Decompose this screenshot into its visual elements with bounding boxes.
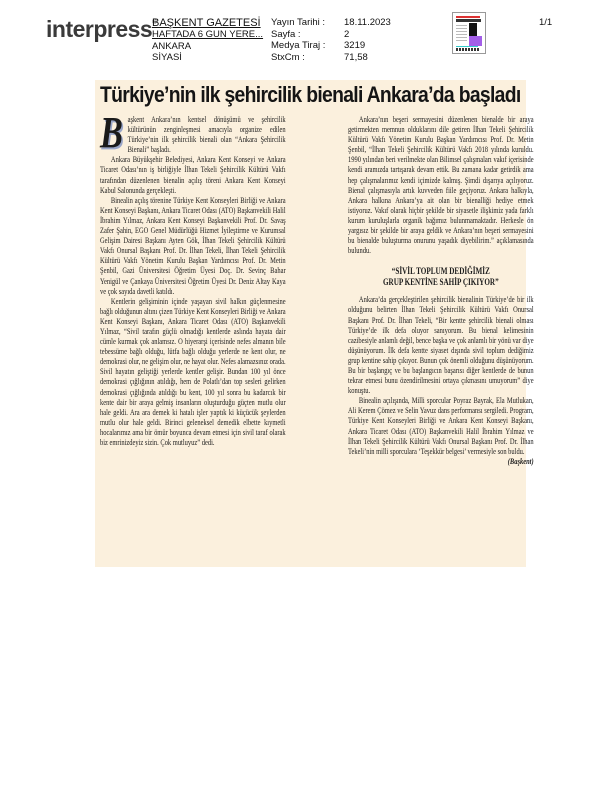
article-column-left: Başkent Ankara’nın kentsel dönüşümü ve ş…: [100, 115, 286, 448]
meta-label: Yayın Tarihi :: [271, 17, 344, 29]
logo-text: interpress: [46, 16, 152, 42]
meta-label: Medya Tiraj :: [271, 40, 344, 52]
meta-row-date: Yayın Tarihi :18.11.2023: [271, 17, 424, 29]
subheading-line: “SİVİL TOPLUM DEDİĞİMİZ: [348, 266, 534, 277]
meta-value: 18.11.2023: [344, 17, 424, 29]
page-indicator: 1/1: [539, 17, 552, 28]
paragraph: Binealin açılışında, Milli sporcular Poy…: [348, 396, 534, 457]
dropcap: B: [100, 116, 123, 150]
paragraph-text: aşkent Ankara’nın kentsel dönüşümü ve şe…: [128, 115, 286, 154]
meta-label: Sayfa :: [271, 29, 344, 41]
thumb-rule: [456, 46, 478, 47]
article-credit: (Başkent): [497, 457, 534, 467]
paragraph-text: Binealin açılışında, Milli sporcular Poy…: [348, 396, 534, 455]
publication-category: SİYASİ: [152, 52, 263, 64]
thumb-headline: [456, 19, 481, 22]
paragraph: Ankara’nın beşeri sermayesini düzenlenen…: [348, 115, 534, 256]
paragraph: Ankara’da gerçekleştirilen şehircilik bi…: [348, 295, 534, 396]
meta-row-page: Sayfa :2: [271, 29, 424, 41]
meta-value: 3219: [344, 40, 424, 52]
thumb-clip-highlight: [469, 36, 482, 46]
publication-meta: Yayın Tarihi :18.11.2023 Sayfa :2 Medya …: [271, 17, 424, 63]
publication-name: BAŞKENT GAZETESİ: [152, 17, 263, 29]
interpress-logo: interpress®: [46, 16, 156, 43]
thumb-masthead: [456, 16, 480, 18]
article-headline: Türkiye’nin ilk şehircilik bienali Ankar…: [100, 81, 470, 109]
thumb-text: [456, 25, 467, 43]
meta-row-circulation: Medya Tiraj :3219: [271, 40, 424, 52]
publication-frequency: HAFTADA 6 GUN YERE...: [152, 29, 263, 41]
page-thumbnail[interactable]: [452, 12, 486, 54]
meta-value: 71,58: [344, 52, 424, 64]
meta-label: StxCm :: [271, 52, 344, 64]
meta-value: 2: [344, 29, 424, 41]
subheading-line: GRUP KENTİNE SAHİP ÇIKIYOR”: [348, 277, 534, 288]
paragraph: Başkent Ankara’nın kentsel dönüşümü ve ş…: [100, 115, 286, 155]
article-column-right: Ankara’nın beşeri sermayesini düzenlenen…: [348, 115, 534, 467]
paragraph: Binealin açılış törenine Türkiye Kent Ko…: [100, 196, 286, 297]
publication-info: BAŞKENT GAZETESİ HAFTADA 6 GUN YERE... A…: [152, 17, 263, 64]
thumb-footer: [456, 48, 480, 51]
paragraph: Ankara Büyükşehir Belediyesi, Ankara Ken…: [100, 155, 286, 195]
article-subheading: “SİVİL TOPLUM DEDİĞİMİZ GRUP KENTİNE SAH…: [348, 266, 534, 287]
meta-row-stxcm: StxCm :71,58: [271, 52, 424, 64]
paragraph: Kentlerin gelişiminin içinde yaşayan siv…: [100, 297, 286, 448]
publication-city: ANKARA: [152, 41, 263, 53]
